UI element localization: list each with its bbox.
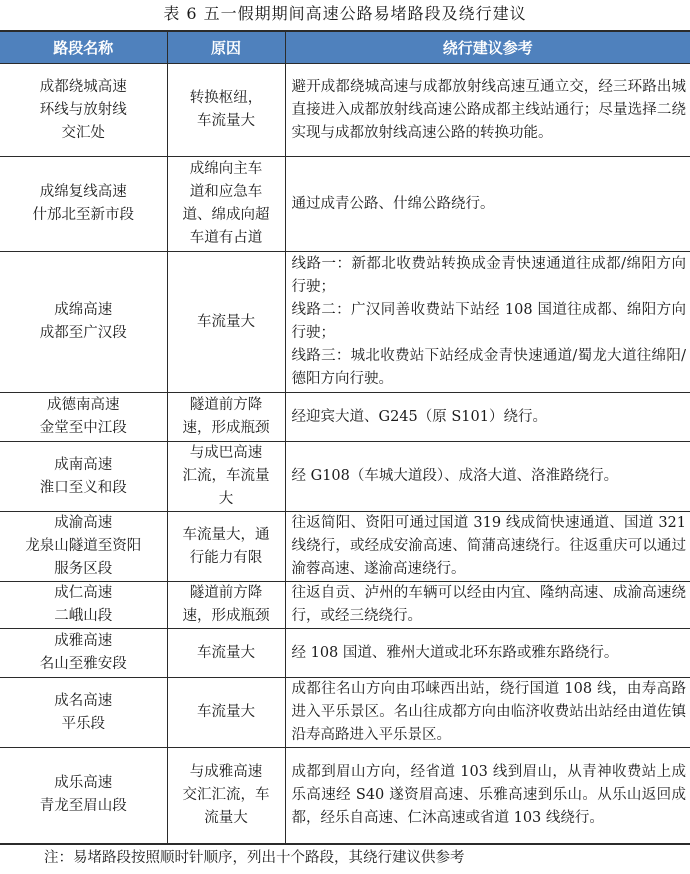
- table-title: 表 6 五一假期期间高速公路易堵路段及绕行建议: [0, 0, 690, 30]
- reason-cell-line: 汇流，车流量: [170, 465, 283, 488]
- reason-cell-line: 道和应急车: [170, 181, 283, 204]
- advice-cell: 通过成青公路、什绵公路绕行。: [285, 157, 690, 252]
- reason-cell-line: 车流量大: [170, 311, 283, 334]
- detour-table: 路段名称 原因 绕行建议参考 成都绕城高速环线与放射线交汇处转换枢纽，车流量大避…: [0, 30, 690, 845]
- reason-cell-line: 速，形成瓶颈: [170, 417, 283, 440]
- reason-cell-line: 车流量大: [170, 642, 283, 665]
- road-section-cell-line: 成南高速: [4, 454, 163, 477]
- road-section-cell-line: 成雅高速: [4, 630, 163, 653]
- reason-cell: 车流量大: [167, 629, 285, 678]
- road-section-cell-line: 名山至雅安段: [4, 653, 163, 676]
- road-section-cell-line: 金堂至中江段: [4, 417, 163, 440]
- reason-cell: 车流量大，通行能力有限: [167, 512, 285, 582]
- road-section-cell-line: 交汇处: [4, 122, 163, 145]
- table-row: 成仁高速二峨山段隧道前方降速，形成瓶颈往返自贡、泸州的车辆可以经由内宜、隆纳高速…: [0, 582, 690, 629]
- table-row: 成南高速淮口至义和段与成巴高速汇流，车流量大经 G108（车城大道段）、成洛大道…: [0, 442, 690, 512]
- reason-cell-line: 隧道前方降: [170, 582, 283, 605]
- road-section-cell: 成绵复线高速什邡北至新市段: [0, 157, 167, 252]
- reason-cell-line: 与成雅高速: [170, 761, 283, 784]
- reason-cell-line: 转换枢纽，: [170, 87, 283, 110]
- reason-cell: 隧道前方降速，形成瓶颈: [167, 393, 285, 442]
- reason-cell: 车流量大: [167, 678, 285, 748]
- reason-cell: 车流量大: [167, 252, 285, 393]
- road-section-cell-line: 淮口至义和段: [4, 477, 163, 500]
- advice-cell-line: 线路一：新都北收费站转换成金青快速通道往成都/绵阳方向行驶；: [292, 253, 687, 299]
- reason-cell-line: 行能力有限: [170, 547, 283, 570]
- advice-cell: 经 108 国道、雅州大道或北环东路或雅东路绕行。: [285, 629, 690, 678]
- road-section-cell: 成名高速平乐段: [0, 678, 167, 748]
- reason-cell: 转换枢纽，车流量大: [167, 64, 285, 157]
- advice-cell: 往返简阳、资阳可通过国道 319 线成简快速通道、国道 321 线绕行，或经成安…: [285, 512, 690, 582]
- reason-cell-line: 隧道前方降: [170, 394, 283, 417]
- road-section-cell-line: 环线与放射线: [4, 99, 163, 122]
- table-row: 成雅高速名山至雅安段车流量大经 108 国道、雅州大道或北环东路或雅东路绕行。: [0, 629, 690, 678]
- advice-cell-line: 线路三：城北收费站下站经成金青快速通道/蜀龙大道往绵阳/德阳方向行驶。: [292, 345, 687, 391]
- road-section-cell-line: 成绵高速: [4, 299, 163, 322]
- advice-cell-line: 通过成青公路、什绵公路绕行。: [292, 193, 687, 216]
- road-section-cell: 成绵高速成都至广汉段: [0, 252, 167, 393]
- table-header-row: 路段名称 原因 绕行建议参考: [0, 31, 690, 64]
- advice-cell-line: 经迎宾大道、G245（原 S101）绕行。: [292, 406, 687, 429]
- road-section-cell: 成都绕城高速环线与放射线交汇处: [0, 64, 167, 157]
- table-row: 成德南高速金堂至中江段隧道前方降速，形成瓶颈经迎宾大道、G245（原 S101）…: [0, 393, 690, 442]
- advice-cell: 经迎宾大道、G245（原 S101）绕行。: [285, 393, 690, 442]
- reason-cell-line: 成绵向主车: [170, 158, 283, 181]
- reason-cell-line: 大: [170, 488, 283, 511]
- table-row: 成名高速平乐段车流量大成都往名山方向由邛崃西出站，绕行国道 108 线，由寿高路…: [0, 678, 690, 748]
- advice-cell: 成都到眉山方向，经省道 103 线到眉山，从青神收费站上成乐高速经 S40 遂资…: [285, 748, 690, 844]
- advice-cell: 往返自贡、泸州的车辆可以经由内宜、隆纳高速、成渝高速绕行，或经三绕绕行。: [285, 582, 690, 629]
- advice-cell-line: 经 G108（车城大道段）、成洛大道、洛淮路绕行。: [292, 465, 687, 488]
- road-section-cell: 成雅高速名山至雅安段: [0, 629, 167, 678]
- table-row: 成乐高速青龙至眉山段与成雅高速交汇汇流，车流量大成都到眉山方向，经省道 103 …: [0, 748, 690, 844]
- road-section-cell-line: 成乐高速: [4, 772, 163, 795]
- reason-cell-line: 与成巴高速: [170, 442, 283, 465]
- header-road-section: 路段名称: [0, 31, 167, 64]
- road-section-cell-line: 什邡北至新市段: [4, 204, 163, 227]
- advice-cell-line: 往返自贡、泸州的车辆可以经由内宜、隆纳高速、成渝高速绕行，或经三绕绕行。: [292, 582, 687, 628]
- road-section-cell: 成渝高速龙泉山隧道至资阳服务区段: [0, 512, 167, 582]
- road-section-cell-line: 成仁高速: [4, 582, 163, 605]
- road-section-cell-line: 成德南高速: [4, 394, 163, 417]
- reason-cell: 与成雅高速交汇汇流，车流量大: [167, 748, 285, 844]
- advice-cell: 避开成都绕城高速与成都放射线高速互通立交，经三环路出城直接进入成都放射线高速公路…: [285, 64, 690, 157]
- reason-cell-line: 速，形成瓶颈: [170, 605, 283, 628]
- road-section-cell-line: 成都至广汉段: [4, 322, 163, 345]
- road-section-cell: 成仁高速二峨山段: [0, 582, 167, 629]
- advice-cell-line: 成都到眉山方向，经省道 103 线到眉山，从青神收费站上成乐高速经 S40 遂资…: [292, 761, 687, 830]
- road-section-cell-line: 成绵复线高速: [4, 181, 163, 204]
- header-reason: 原因: [167, 31, 285, 64]
- header-detour-advice: 绕行建议参考: [285, 31, 690, 64]
- road-section-cell-line: 平乐段: [4, 713, 163, 736]
- table-note: 注：易堵路段按照顺时针顺序，列出十个路段，其绕行建议供参考: [44, 846, 465, 870]
- reason-cell-line: 车道有占道: [170, 227, 283, 250]
- advice-cell-line: 经 108 国道、雅州大道或北环东路或雅东路绕行。: [292, 642, 687, 665]
- reason-cell-line: 道、绵成向超: [170, 204, 283, 227]
- reason-cell-line: 车流量大: [170, 110, 283, 133]
- road-section-cell-line: 成名高速: [4, 690, 163, 713]
- advice-cell: 线路一：新都北收费站转换成金青快速通道往成都/绵阳方向行驶；线路二：广汉同善收费…: [285, 252, 690, 393]
- advice-cell-line: 往返简阳、资阳可通过国道 319 线成简快速通道、国道 321 线绕行，或经成安…: [292, 512, 687, 581]
- advice-cell-line: 线路二：广汉同善收费站下站经 108 国道往成都、绵阳方向行驶；: [292, 299, 687, 345]
- road-section-cell-line: 服务区段: [4, 558, 163, 581]
- road-section-cell-line: 成渝高速: [4, 512, 163, 535]
- advice-cell: 经 G108（车城大道段）、成洛大道、洛淮路绕行。: [285, 442, 690, 512]
- road-section-cell: 成德南高速金堂至中江段: [0, 393, 167, 442]
- reason-cell: 隧道前方降速，形成瓶颈: [167, 582, 285, 629]
- road-section-cell-line: 二峨山段: [4, 605, 163, 628]
- reason-cell: 成绵向主车道和应急车道、绵成向超车道有占道: [167, 157, 285, 252]
- road-section-cell-line: 龙泉山隧道至资阳: [4, 535, 163, 558]
- table-row: 成都绕城高速环线与放射线交汇处转换枢纽，车流量大避开成都绕城高速与成都放射线高速…: [0, 64, 690, 157]
- road-section-cell-line: 青龙至眉山段: [4, 795, 163, 818]
- road-section-cell: 成南高速淮口至义和段: [0, 442, 167, 512]
- table-row: 成绵高速成都至广汉段车流量大线路一：新都北收费站转换成金青快速通道往成都/绵阳方…: [0, 252, 690, 393]
- reason-cell-line: 流量大: [170, 807, 283, 830]
- reason-cell-line: 车流量大，通: [170, 524, 283, 547]
- reason-cell-line: 车流量大: [170, 701, 283, 724]
- table-row: 成渝高速龙泉山隧道至资阳服务区段车流量大，通行能力有限往返简阳、资阳可通过国道 …: [0, 512, 690, 582]
- table-row: 成绵复线高速什邡北至新市段成绵向主车道和应急车道、绵成向超车道有占道通过成青公路…: [0, 157, 690, 252]
- road-section-cell-line: 成都绕城高速: [4, 76, 163, 99]
- advice-cell-line: 成都往名山方向由邛崃西出站，绕行国道 108 线，由寿高路进入平乐景区。名山往成…: [292, 678, 687, 747]
- advice-cell-line: 避开成都绕城高速与成都放射线高速互通立交，经三环路出城直接进入成都放射线高速公路…: [292, 76, 687, 145]
- reason-cell: 与成巴高速汇流，车流量大: [167, 442, 285, 512]
- advice-cell: 成都往名山方向由邛崃西出站，绕行国道 108 线，由寿高路进入平乐景区。名山往成…: [285, 678, 690, 748]
- reason-cell-line: 交汇汇流，车: [170, 784, 283, 807]
- road-section-cell: 成乐高速青龙至眉山段: [0, 748, 167, 844]
